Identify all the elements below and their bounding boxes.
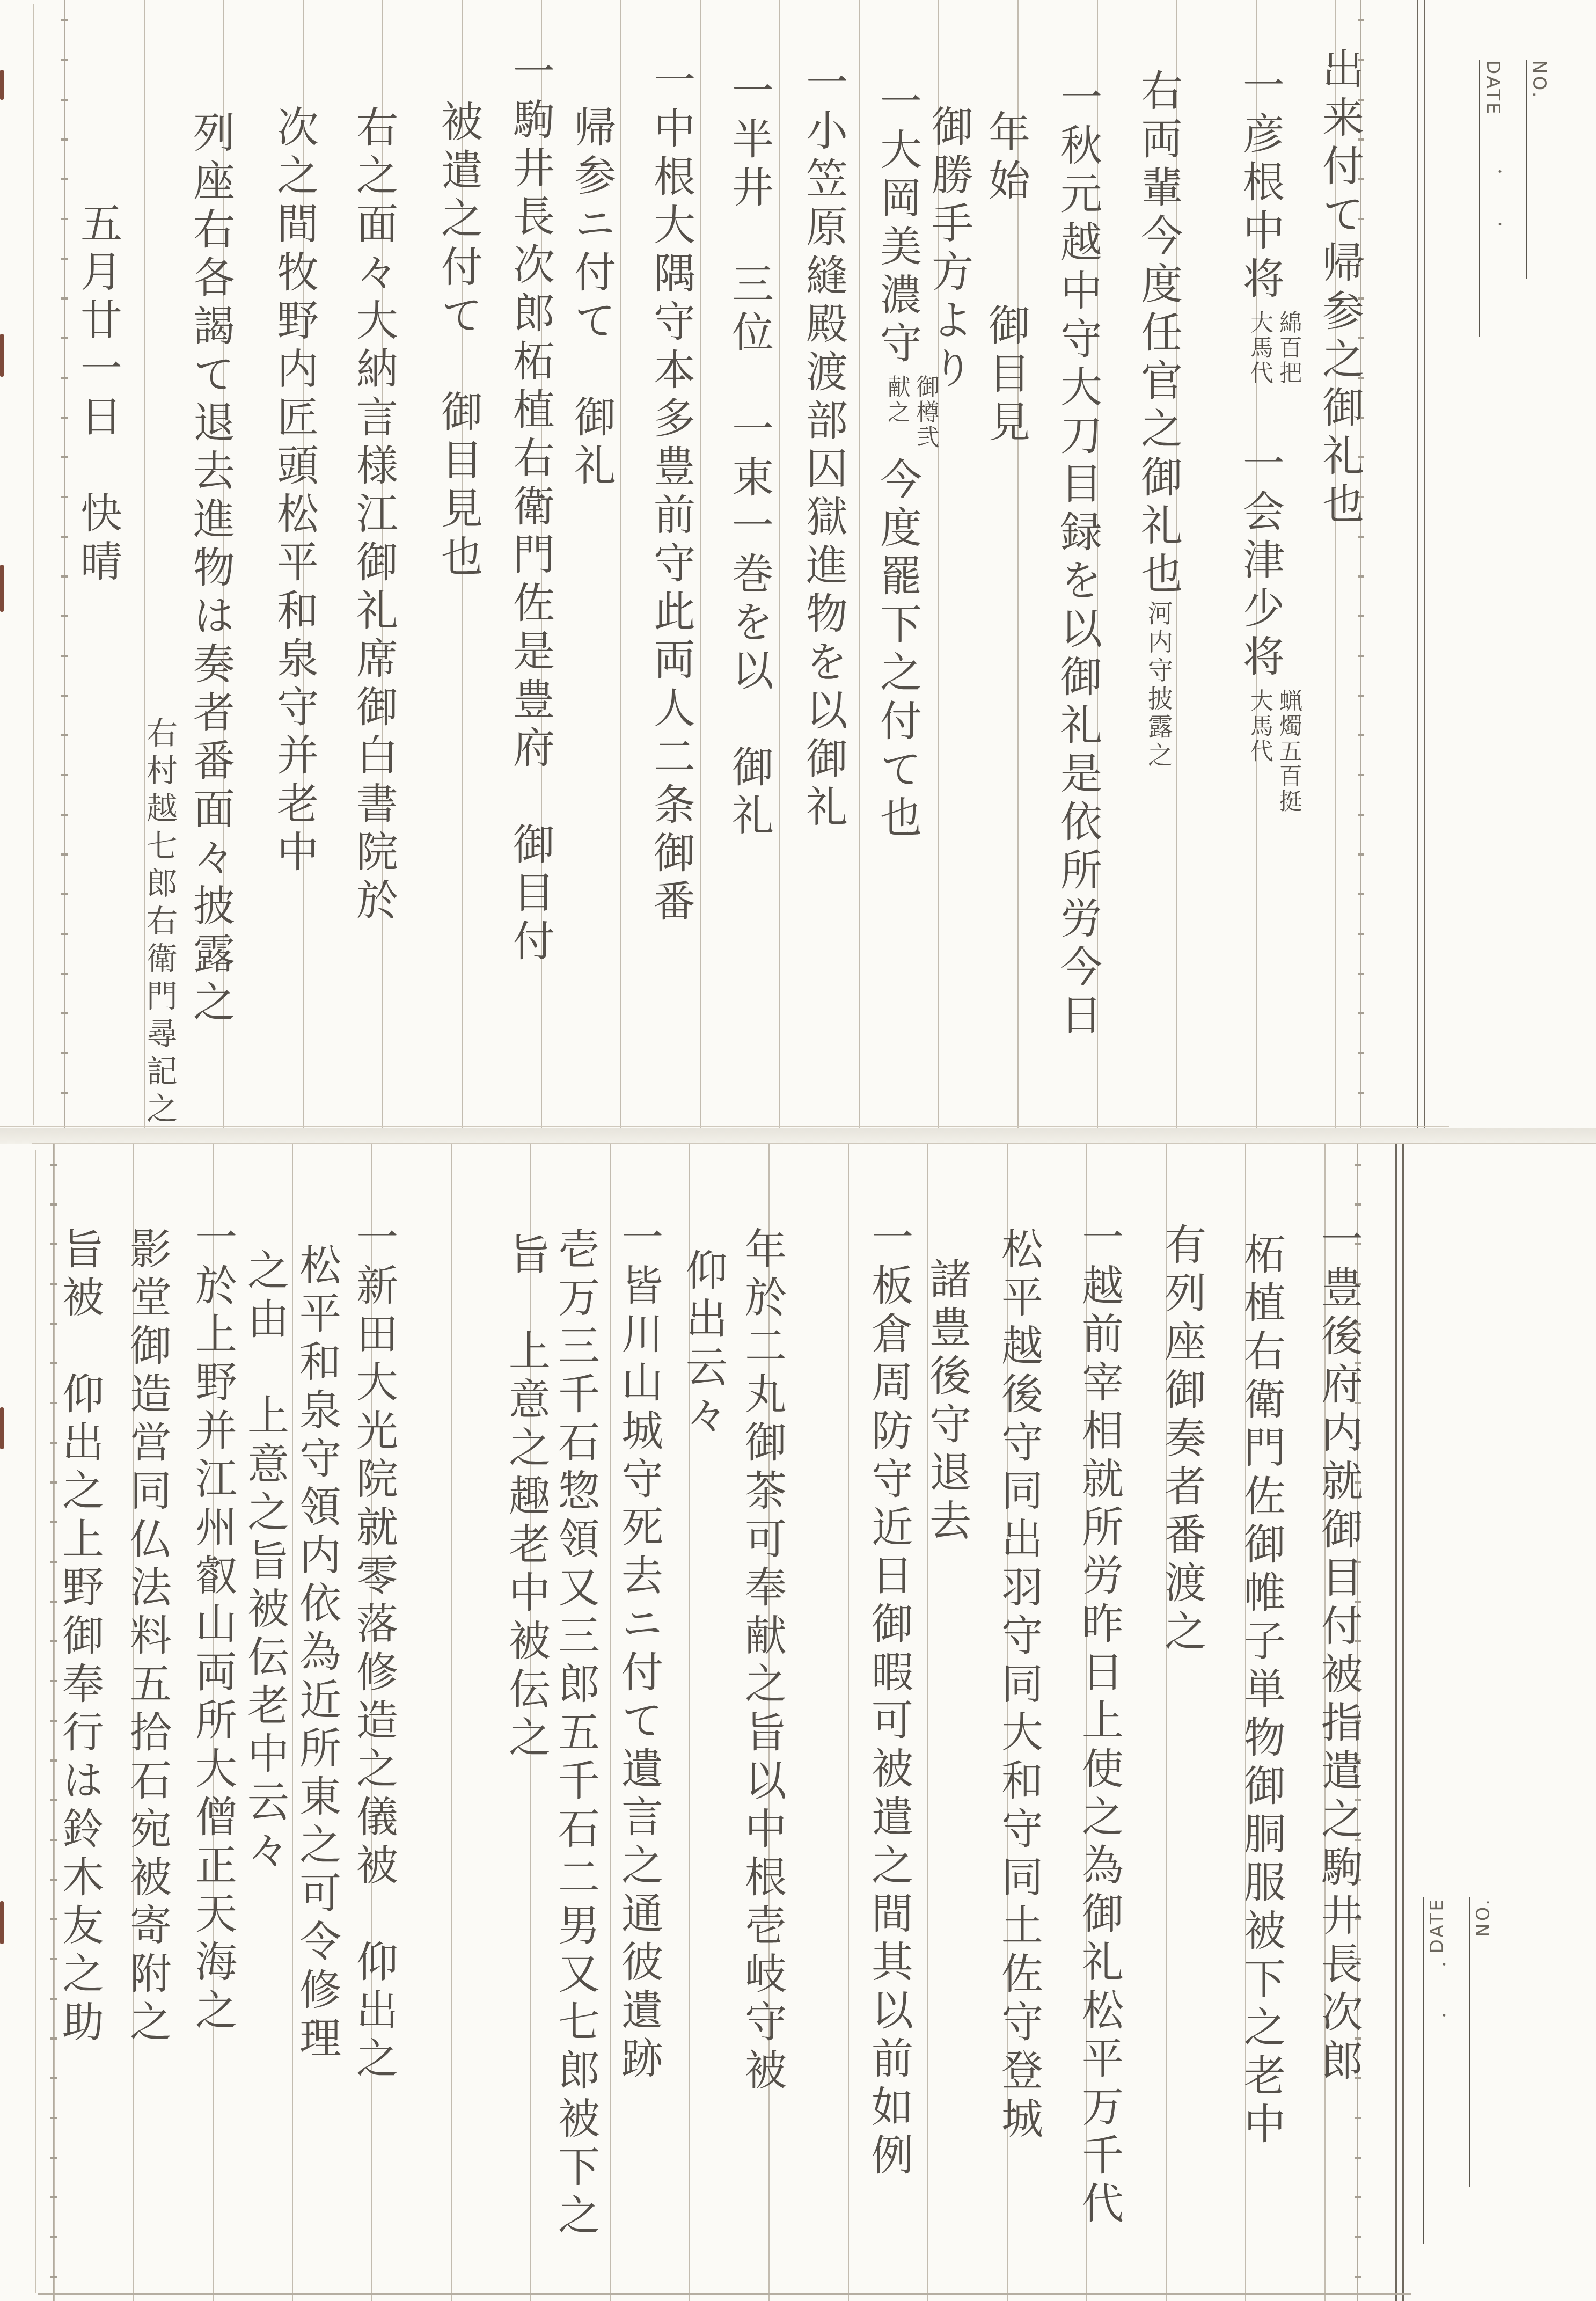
column-text: 一板倉周防守近日御暇可被遣之間其以前如例 — [865, 1215, 913, 2181]
no-label: NO. — [1528, 60, 1550, 100]
handwritten-text-column: 一半井 三位 一束一巻を以 御礼 — [726, 69, 772, 842]
handwritten-text-column: 影堂御造営同仏法料五拾石宛被寄附之 — [123, 1227, 170, 2048]
scanned-notebook: NO. DATE ・ ・ 出来付て帰参之御礼也一彦根中将綿百把大馬代 一会津少将… — [0, 0, 1596, 2301]
binding-mark — [0, 70, 4, 100]
handwritten-text-column: 年始 御目見 — [982, 110, 1029, 448]
handwritten-text-column: 一彦根中将綿百把大馬代 一会津少将蝋燭五百挺大馬代 — [1236, 63, 1303, 822]
column-text: 一大岡美濃守 — [873, 79, 921, 369]
column-text: 松平和泉守領内依為近所東之可令修理 — [292, 1243, 341, 2064]
page-bottom-edge-line — [0, 1126, 1449, 1127]
column-text: 年始 御目見 — [982, 110, 1030, 448]
column-text: 諸豊後守退去 — [923, 1257, 971, 1547]
column-text: 年於二丸御茶可奉献之旨以中根壱岐守被 — [738, 1227, 786, 2097]
handwritten-text-column: 松平和泉守領内依為近所東之可令修理 — [293, 1243, 340, 2064]
column-small-text: 河内守披露之 — [1144, 600, 1173, 770]
handwritten-text-column: 右村越七郎右衛門尋記之 — [142, 717, 177, 1130]
column-text: 右村越七郎右衛門尋記之 — [141, 717, 178, 1130]
date-underline — [1479, 60, 1480, 337]
binding-mark — [0, 1407, 4, 1449]
page-gap-shadow — [0, 1128, 1596, 1144]
handwritten-text-column: 一板倉周防守近日御暇可被遣之間其以前如例 — [865, 1215, 912, 2181]
column-text: 柘植右衛門佐御帷子単物御胴服被下之老中 — [1237, 1232, 1285, 2150]
date-separator-dot: ・ — [1493, 214, 1507, 233]
column-text: 之由 上意之旨被伝老中云々 — [240, 1248, 289, 1876]
column-text: 五月廿一日 快晴 — [74, 201, 122, 588]
date-label: DATE — [1482, 60, 1504, 116]
inline-double-line-annotation: 綿百把大馬代 — [1245, 310, 1302, 386]
column-text: 列座右各謁て退去進物は奏者番面々披露之 — [186, 111, 235, 1028]
no-label: NO. — [1473, 1897, 1494, 1937]
inline-double-line-annotation: 御樽弐献之 — [882, 375, 940, 450]
date-underline — [1423, 1897, 1424, 2244]
binding-mark — [0, 334, 4, 377]
handwritten-text-column: 一駒井長次郎柘植右衛門佐是豊府 御目付 — [507, 49, 553, 967]
column-text: 一新田大光院就零落修造之儀被 仰出之 — [349, 1215, 398, 2085]
column-text: 右両輩今度任官之御礼也 — [1134, 69, 1182, 600]
page-edge — [35, 1150, 36, 2293]
notebook-page-top: NO. DATE ・ ・ 出来付て帰参之御礼也一彦根中将綿百把大馬代 一会津少将… — [0, 0, 1596, 1129]
handwritten-text-column: 右之面々大納言様江御礼席御白書院於 — [350, 105, 397, 926]
handwritten-text-column: 柘植右衛門佐御帷子単物御胴服被下之老中 — [1238, 1232, 1284, 2150]
column-text: 出来付て帰参之御礼也 — [1315, 47, 1364, 530]
annotation-line: 大馬代 — [1245, 310, 1274, 386]
annotation-line: 蝋燭五百挺 — [1274, 689, 1303, 815]
date-separator-dot: ・ — [1493, 161, 1507, 181]
annotation-line: 大馬代 — [1245, 689, 1274, 815]
column-text: 次之間牧野内匠頭松平和泉守并老中 — [270, 105, 318, 878]
page-edge — [33, 4, 34, 1125]
column-text: 松平越後守同出羽守同大和守同土佐守登城 — [994, 1227, 1043, 2145]
handwritten-text-column: 一豊後府内就御目付被指遣之駒井長次郎 — [1315, 1217, 1361, 2087]
handwritten-text-column: 一大岡美濃守御樽弐献之今度罷下之付て也 — [874, 79, 940, 844]
handwritten-text-column: 出来付て帰参之御礼也 — [1316, 47, 1363, 530]
column-text: 一越前宰相就所労昨日上使之為御礼松平万千代 — [1075, 1215, 1123, 2230]
date-separator-dot: ・ — [1437, 2005, 1451, 2025]
column-text: 今度罷下之付て也 — [873, 458, 921, 844]
page-bottom-edge — [38, 2293, 1411, 2295]
handwritten-text-column: 右両輩今度任官之御礼也河内守披露之 — [1134, 69, 1181, 770]
handwritten-text-column: 之由 上意之旨被伝老中云々 — [241, 1248, 288, 1876]
handwritten-text-column: 一皆川山城守死去ニ付て遺言之通彼遺跡 — [615, 1215, 662, 2085]
no-underline — [1526, 60, 1527, 279]
handwritten-text-column: 諸豊後守退去 — [923, 1257, 970, 1547]
column-text: 一於上野并江州叡山両所大僧正天海之 — [188, 1215, 237, 2036]
column-text: 仰出云々 — [679, 1248, 727, 1442]
handwritten-text-column: 一中根大隅守本多豊前守此両人二条御番 — [647, 58, 694, 927]
column-text: 一会津少将 — [1236, 393, 1284, 683]
handwritten-text-column: 被遣之付て 御目見也 — [435, 100, 481, 583]
handwritten-text-column: 仰出云々 — [679, 1248, 726, 1442]
handwritten-text-column: 壱万三千石惣領又三郎五千石二男又七郎被下之 — [552, 1227, 598, 2241]
binding-mark — [0, 565, 4, 612]
annotation-line: 献之 — [882, 375, 911, 450]
column-text: 一小笠原縫殿渡部囚獄進物を以御礼 — [799, 60, 847, 833]
handwritten-text-column: 有列座御奏者番渡之 — [1158, 1223, 1205, 1657]
column-text: 一半井 三位 一束一巻を以 御礼 — [725, 69, 773, 842]
column-text: 一豊後府内就御目付被指遣之駒井長次郎 — [1314, 1217, 1363, 2087]
handwritten-text-column: 一越前宰相就所労昨日上使之為御礼松平万千代 — [1075, 1215, 1122, 2230]
handwritten-text-column: 旨被 仰出之上野御奉行は鈴木友之助 — [56, 1227, 103, 2048]
annotation-line: 綿百把 — [1274, 310, 1303, 386]
column-text: 影堂御造営同仏法料五拾石宛被寄附之 — [123, 1227, 171, 2048]
column-text: 旨 上意之趣老中被伝之 — [502, 1232, 550, 1764]
column-text: 一秋元越中守大刀目録を以御礼是依所労今日 — [1053, 75, 1102, 1041]
handwritten-text-column: 旨 上意之趣老中被伝之 — [502, 1232, 549, 1764]
handwritten-text-column: 年於二丸御茶可奉献之旨以中根壱岐守被 — [738, 1227, 785, 2097]
binding-mark — [0, 1901, 4, 1944]
column-text: 有列座御奏者番渡之 — [1158, 1223, 1206, 1657]
handwritten-text-column: 帰参ニ付て 御礼 — [568, 105, 614, 492]
date-separator-dot: ・ — [1437, 1954, 1451, 1974]
handwritten-text-column: 一小笠原縫殿渡部囚獄進物を以御礼 — [800, 60, 846, 833]
date-label: DATE — [1426, 1897, 1448, 1953]
handwritten-text-column: 列座右各謁て退去進物は奏者番面々披露之 — [187, 111, 233, 1028]
inline-double-line-annotation: 蝋燭五百挺大馬代 — [1245, 689, 1302, 815]
column-text: 壱万三千石惣領又三郎五千石二男又七郎被下之 — [551, 1227, 599, 2241]
no-underline — [1469, 1897, 1470, 2187]
ticked-rule-left — [53, 1144, 54, 2301]
column-text: 被遣之付て 御目見也 — [434, 100, 482, 583]
handwritten-text-column: 松平越後守同出羽守同大和守同土佐守登城 — [995, 1227, 1042, 2145]
column-text: 帰参ニ付て 御礼 — [567, 105, 616, 492]
column-text: 一彦根中将 — [1236, 63, 1284, 305]
margin-double-rule — [1395, 1144, 1404, 2301]
annotation-line: 御樽弐 — [911, 375, 940, 450]
ticked-rule-left — [64, 0, 65, 1129]
column-text: 一皆川山城守死去ニ付て遺言之通彼遺跡 — [614, 1215, 663, 2085]
margin-double-rule — [1417, 0, 1425, 1129]
handwritten-text-column: 次之間牧野内匠頭松平和泉守并老中 — [270, 105, 317, 878]
column-text: 旨被 仰出之上野御奉行は鈴木友之助 — [55, 1227, 104, 2048]
handwritten-text-column: 一秋元越中守大刀目録を以御礼是依所労今日 — [1054, 75, 1101, 1041]
handwritten-text-column: 一於上野并江州叡山両所大僧正天海之 — [189, 1215, 236, 2036]
column-text: 一駒井長次郎柘植右衛門佐是豊府 御目付 — [506, 49, 554, 967]
handwritten-text-column: 五月廿一日 快晴 — [74, 201, 121, 588]
column-text: 一中根大隅守本多豊前守此両人二条御番 — [647, 58, 695, 927]
column-text: 右之面々大納言様江御礼席御白書院於 — [349, 105, 398, 926]
handwritten-text-column: 一新田大光院就零落修造之儀被 仰出之 — [350, 1215, 397, 2085]
